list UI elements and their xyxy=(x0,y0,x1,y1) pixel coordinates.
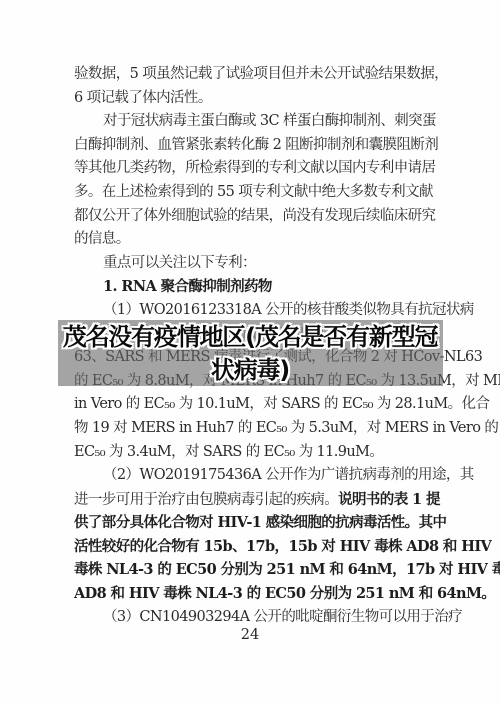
doc-line: 的信息。 xyxy=(74,228,436,252)
doc-line: 毒株 NL4-3 的 EC50 分别为 251 nM 和 64nM，17b 对 … xyxy=(74,558,436,582)
doc-line: 6 项记载了体内活性。 xyxy=(74,87,436,111)
doc-line-bold-part: 说明书的表 1 提 xyxy=(338,491,440,508)
doc-line: 验数据，5 项虽然记载了试验项目但并未公开试验结果数据， xyxy=(74,63,436,87)
doc-line: 都仅公开了体外细胞试验的结果，尚没有发现后续临床研究 xyxy=(74,205,436,229)
doc-line: EC₅₀ 为 3.4uM，对 SARS 的 EC₅₀ 为 11.9uM。 xyxy=(74,441,436,465)
headline-line-1: 茂名没有疫情地区(茂名是否有新型冠 xyxy=(0,321,500,354)
doc-line: 等其他几类药物，所检索得到的专利文献以国内专利申请居 xyxy=(74,157,436,181)
doc-line: （2）WO2019175436A 公开作为广谱抗病毒剂的用途，其 xyxy=(74,464,436,488)
doc-line: 进一步可用于治疗由包膜病毒引起的疾病。说明书的表 1 提 xyxy=(74,488,436,512)
doc-line: in Vero 的 EC₅₀ 为 10.1uM，对 SARS 的 EC₅₀ 为 … xyxy=(74,393,436,417)
doc-line: 对于冠状病毒主蛋白酶或 3C 样蛋白酶抑制剂、刺突蛋 xyxy=(74,110,436,134)
doc-line: 多。在上述检索得到的 55 项专利文献中绝大多数专利文献 xyxy=(74,181,436,205)
scanned-document-page: 验数据，5 项虽然记载了试验项目但并未公开试验结果数据， 6 项记载了体内活性。… xyxy=(0,0,500,706)
doc-heading-rna-inhibitor: 1. RNA 聚合酶抑制剂药物 xyxy=(74,275,436,299)
page-number: 24 xyxy=(0,627,500,643)
doc-line: 物 19 对 MERS in Huh7 的 EC₅₀ 为 5.3uM，对 MER… xyxy=(74,417,436,441)
doc-line: AD8 和 HIV 毒株 NL4-3 的 EC50 分别为 251 nM 和 6… xyxy=(74,582,436,606)
headline-line-2: 状病毒) xyxy=(0,354,500,387)
doc-line: 活性较好的化合物有 15b、17b，15b 对 HIV 毒株 AD8 和 HIV xyxy=(74,535,436,559)
doc-line: （1）WO2016123318A 公开的核苷酸类似物具有抗冠状病 xyxy=(74,299,436,323)
doc-line-regular-part: 进一步可用于治疗由包膜病毒引起的疾病。 xyxy=(74,492,338,508)
doc-line: 白酶抑制剂、血管紧张素转化酶 2 阻断抑制剂和囊膜阻断剂 xyxy=(74,134,436,158)
doc-line: 重点可以关注以下专利： xyxy=(74,252,436,276)
doc-line: 供了部分具体化合物对 HIV-1 感染细胞的抗病毒活性。其中 xyxy=(74,511,436,535)
doc-line: （3）CN104903294A 公开的吡啶酮衍生物可以用于治疗 xyxy=(74,606,436,630)
headline-overlay: 茂名没有疫情地区(茂名是否有新型冠 状病毒) xyxy=(0,321,500,387)
